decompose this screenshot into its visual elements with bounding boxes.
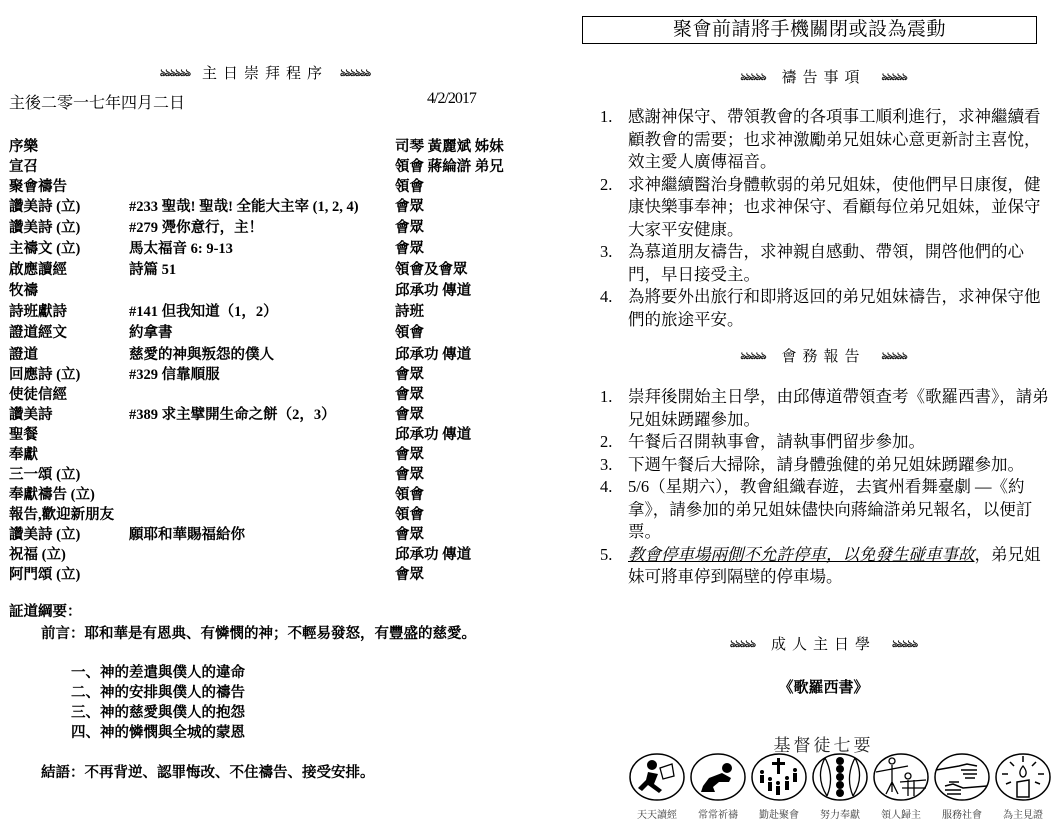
service-content: 約拿書: [129, 321, 173, 342]
service-item: 奉獻: [9, 443, 38, 464]
fish-coins-icon: [811, 752, 869, 802]
service-leader: 領會: [395, 321, 424, 342]
prayer-list: 1.感謝神保守、帶領教會的各項事工順利進行，求神繼續看顧教會的需要；也求神激勵弟…: [598, 106, 1054, 331]
sermon-point: 一、神的差遣與僕人的違命: [71, 661, 245, 682]
parking-warning: 教會停車場兩側不允許停車，以免發生碰車事故: [628, 545, 975, 564]
ornament-divider-right: ঌঌঌঌঌ: [892, 637, 917, 654]
announcement-item: 5.教會停車場兩側不允許停車，以免發生碰車事故，弟兄姐妹可將車停到隔壁的停車場。: [598, 544, 1054, 589]
service-item: 證道: [9, 343, 38, 364]
sermon-point: 三、神的慈愛與僕人的抱怨: [71, 701, 245, 722]
emblem-prayer: 常常祈禱: [689, 752, 747, 821]
announcements-title: 會務報告: [781, 347, 865, 365]
sunday-school-heading: ঌঌঌঌঌ成人主日學ঌঌঌঌঌ: [590, 633, 1057, 654]
service-item: 證道經文: [9, 321, 67, 342]
announcement-item: 2.午餐后召開執事會，請執事們留步參加。: [598, 431, 1054, 454]
bible-reading-icon: [628, 752, 686, 802]
emblem-label: 努力奉獻: [811, 806, 869, 821]
service-leader: 會眾: [395, 216, 424, 237]
service-leader: 邱承功 傳道: [395, 279, 471, 300]
service-content: 馬太福音 6: 9-13: [129, 237, 233, 258]
prayer-title: 禱告事項: [781, 68, 865, 86]
ornament-divider-left: ঌঌঌঌঌ: [740, 349, 765, 366]
service-leader: 會眾: [395, 195, 424, 216]
service-item: 回應詩 (立): [9, 363, 80, 384]
sermon-outline-heading: 証道綱要：: [9, 600, 82, 621]
sunday-school-title: 成人主日學: [771, 635, 876, 653]
service-leader: 會眾: [395, 523, 424, 544]
service-item: 讚美詩 (立): [9, 523, 80, 544]
service-leader: 會眾: [395, 463, 424, 484]
service-item: 奉獻禱告 (立): [9, 483, 95, 504]
service-item: 詩班獻詩: [9, 300, 67, 321]
helping-hands-icon: [933, 752, 991, 802]
service-item: 啟應讀經: [9, 258, 67, 279]
prayer-item: 3.為慕道朋友禱告，求神親自感動、帶領，開啓他們的心門，早日接受主。: [598, 241, 1054, 286]
sermon-point: 二、神的安排與僕人的禱告: [71, 681, 245, 702]
announcement-item: 3.下週午餐后大掃除，請身體強健的弟兄姐妹踴躍參加。: [598, 454, 1054, 477]
service-item: 使徒信經: [9, 383, 67, 404]
service-leader: 會眾: [395, 563, 424, 584]
service-item: 宣召: [9, 155, 38, 176]
announcement-item: 4.5/6（星期六），教會組織春遊，去賓州看舞臺劇 —《約拿》，請參加的弟兄姐妹…: [598, 476, 1054, 544]
service-leader: 邱承功 傳道: [395, 423, 471, 444]
service-leader: 司琴 黃麗斌 姊妹: [395, 135, 504, 156]
emblem-label: 常常祈禱: [689, 806, 747, 821]
ornament-divider-right: ঌঌঌঌঌঌ: [340, 66, 370, 83]
order-of-service-heading: ঌঌঌঌঌঌ主日崇拜程序ঌঌঌঌঌঌ: [0, 62, 530, 83]
announcements-heading: ঌঌঌঌঌ會務報告ঌঌঌঌঌ: [590, 345, 1057, 366]
emblem-bible-reading: 天天讀經: [628, 752, 686, 821]
service-item: 讚美詩: [9, 403, 53, 424]
service-content: 願耶和華賜福給你: [129, 523, 245, 544]
service-content: #389 求主擘開生命之餅（2，3）: [129, 403, 336, 424]
service-item: 讚美詩 (立): [9, 195, 80, 216]
service-leader: 領會 蔣綸滸 弟兄: [395, 155, 504, 176]
page-title: 主日崇拜程序: [202, 64, 328, 82]
congregation-cross-icon: [750, 752, 808, 802]
chinese-date: 主後二零一七年四月二日: [9, 95, 185, 112]
emblem-label: 服務社會: [933, 806, 991, 821]
phone-notice-box: 聚會前請將手機關閉或設為震動: [582, 16, 1037, 44]
service-item: 讚美詩 (立): [9, 216, 80, 237]
service-leader: 會眾: [395, 403, 424, 424]
service-content: 詩篇 51: [129, 258, 176, 279]
service-content: #233 聖哉! 聖哉! 全能大主宰 (1, 2, 4): [129, 195, 359, 216]
service-item: 主禱文 (立): [9, 237, 80, 258]
service-item: 三一頌 (立): [9, 463, 80, 484]
service-item: 報告,歡迎新朋友: [9, 503, 114, 524]
service-leader: 邱承功 傳道: [395, 343, 471, 364]
emblem-evangelism: 領人歸主: [872, 752, 930, 821]
service-item: 牧禱: [9, 279, 38, 300]
prayer-item: 1.感謝神保守、帶領教會的各項事工順利進行，求神繼續看顧教會的需要；也求神激勵弟…: [598, 106, 1054, 174]
prayer-item: 4.為將要外出旅行和即將返回的弟兄姐妹禱告，求神保守他們的旅途平安。: [598, 286, 1054, 331]
emblem-service: 服務社會: [933, 752, 991, 821]
seven-essentials-emblems: 天天讀經 常常祈禱 勤赴聚會 努力奉獻: [628, 752, 1056, 832]
announcement-item: 1.崇拜後開始主日學，由邱傳道帶領查考《歌羅西書》，請弟兄姐妹踴躍參加。: [598, 386, 1054, 431]
service-item: 聚會禱告: [9, 175, 67, 196]
kneeling-prayer-icon: [689, 752, 747, 802]
candle-light-icon: [994, 752, 1052, 802]
service-leader: 領會: [395, 483, 424, 504]
emblem-label: 領人歸主: [872, 806, 930, 821]
service-leader: 邱承功 傳道: [395, 543, 471, 564]
sunday-school-book: 《歌羅西書》: [590, 676, 1057, 697]
emblem-label: 為主見證: [994, 806, 1052, 821]
service-content: #329 信靠順服: [129, 363, 220, 384]
sermon-intro: 前言：耶和華是有恩典、有憐憫的神；不輕易發怒，有豐盛的慈愛。: [41, 622, 476, 643]
service-leader: 會眾: [395, 237, 424, 258]
service-leader: 領會及會眾: [395, 258, 468, 279]
sermon-conclusion: 結語：不再背逆、認罪悔改、不住禱告、接受安排。: [41, 761, 375, 782]
service-leader: 詩班: [395, 300, 424, 321]
service-leader: 會眾: [395, 443, 424, 464]
service-item: 聖餐: [9, 423, 38, 444]
emblem-label: 天天讀經: [628, 806, 686, 821]
service-content: #141 但我知道（1，2）: [129, 300, 278, 321]
emblem-witness: 為主見證: [994, 752, 1052, 821]
numeric-date: 4/2/2017: [427, 90, 476, 108]
ornament-divider-left: ঌঌঌঌঌ: [740, 70, 765, 87]
service-date-line: 主後二零一七年四月二日 4/2/2017: [9, 90, 489, 113]
service-content: #279 凴你意行，主！: [129, 216, 263, 237]
leading-people-icon: [872, 752, 930, 802]
service-item: 序樂: [9, 135, 38, 156]
emblem-giving: 努力奉獻: [811, 752, 869, 821]
announcements-list: 1.崇拜後開始主日學，由邱傳道帶領查考《歌羅西書》，請弟兄姐妹踴躍參加。 2.午…: [598, 386, 1054, 589]
prayer-heading: ঌঌঌঌঌ禱告事項ঌঌঌঌঌ: [590, 66, 1057, 87]
emblem-label: 勤赴聚會: [750, 806, 808, 821]
ornament-divider-left: ঌঌঌঌঌ: [730, 637, 755, 654]
ornament-divider-left: ঌঌঌঌঌঌ: [160, 66, 190, 83]
ornament-divider-right: ঌঌঌঌঌ: [882, 349, 907, 366]
service-content: 慈愛的神與叛怨的僕人: [129, 343, 274, 364]
service-leader: 會眾: [395, 383, 424, 404]
service-item: 祝福 (立): [9, 543, 66, 564]
sermon-point: 四、神的憐憫與全城的蒙恩: [71, 721, 245, 742]
service-leader: 會眾: [395, 363, 424, 384]
prayer-item: 2.求神繼續醫治身體軟弱的弟兄姐妹，使他們早日康復，健康快樂事奉神；也求神保守、…: [598, 174, 1054, 242]
service-leader: 領會: [395, 175, 424, 196]
emblem-attend-meetings: 勤赴聚會: [750, 752, 808, 821]
ornament-divider-right: ঌঌঌঌঌ: [882, 70, 907, 87]
service-leader: 領會: [395, 503, 424, 524]
service-item: 阿門頌 (立): [9, 563, 80, 584]
